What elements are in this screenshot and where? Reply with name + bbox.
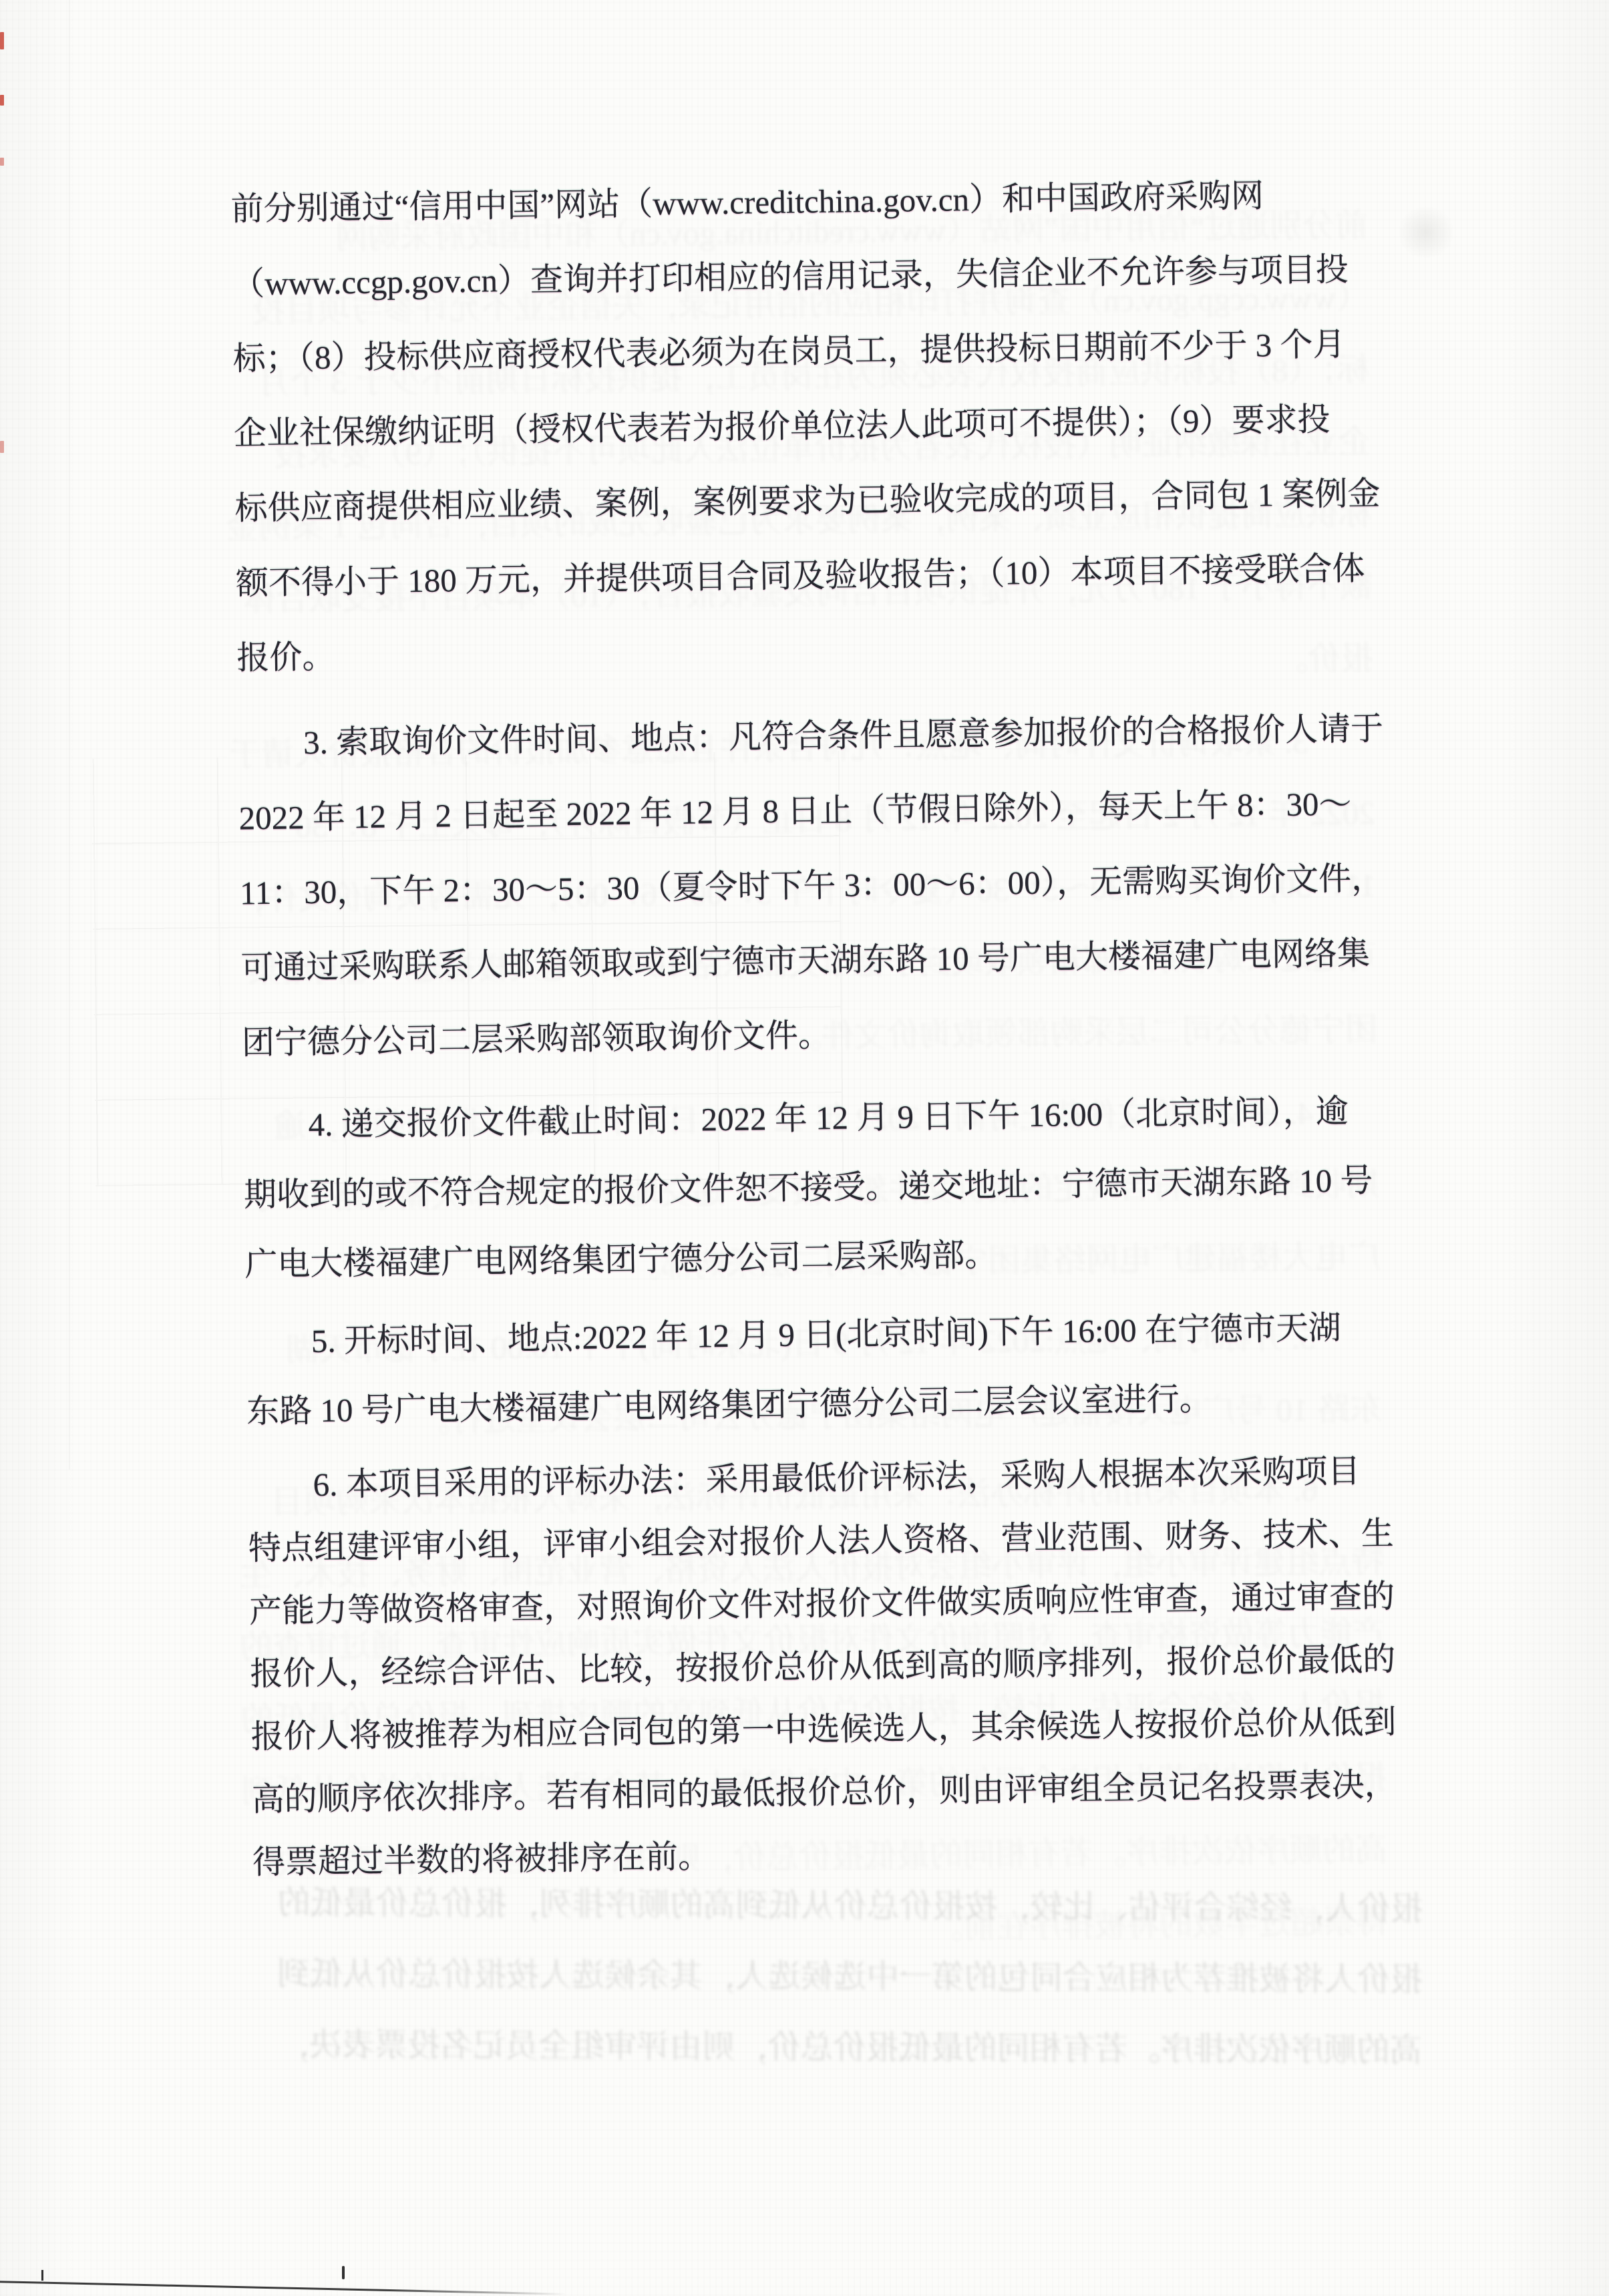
paragraph-section-6-evaluation-method: 6. 本项目采用的评标办法：采用最低价评标法，采购人根据本次采购项目特点组建评审… — [247, 1436, 1423, 1891]
document-line: 广电大楼福建广电网络集团宁德分公司二层采购部。 — [244, 1212, 1415, 1297]
bleed-through-line: 报价人将被推荐为相应合同包的第一中选候选人，其余候选人按报价总价从低到 — [220, 1935, 1423, 2012]
scan-red-edge-artifact — [0, 158, 4, 166]
scan-red-edge-artifact — [0, 95, 4, 106]
document-line: 东路 10 号广电大楼福建广电网络集团宁德分公司二层会议室进行。 — [246, 1359, 1417, 1444]
document-body: 前分别通过“信用中国”网站（www.creditchina.gov.cn）和中国… — [230, 154, 1423, 1892]
scanned-page: 前分别通过“信用中国”网站（www.creditchina.gov.cn）和中国… — [0, 0, 1609, 2296]
document-line: 报价。 — [236, 603, 1407, 693]
screenshot-root: { "page": { "type": "scanned-document-pa… — [0, 0, 1609, 2296]
paragraph-section-4-submission-deadline: 4. 递交报价文件截止时间：2022 年 12 月 9 日下午 16:00（北京… — [242, 1074, 1415, 1297]
scan-smudge — [1397, 206, 1455, 259]
scan-red-edge-artifact — [0, 441, 4, 453]
scan-artifact-tick — [41, 2270, 43, 2281]
bleed-through-bottom-ghost: 报价人，经综合评估、比较，按报价总价从低到高的顺序排列，报价总价最低的报价人将被… — [220, 1864, 1423, 2083]
paragraph-section-3-obtain-inquiry-documents: 3. 索取询价文件时间、地点：凡符合条件且愿意参加报价的合格报价人请于2022 … — [237, 689, 1412, 1078]
document-line: 得票超过半数的将被排序在前。 — [218, 1883, 1389, 1969]
scan-bottom-edge-line — [0, 2281, 566, 2295]
bleed-through-line: 高的顺序依次排序。若有相同的最低报价总价，则由评审组全员记名投票表决， — [220, 2006, 1423, 2083]
scan-artifact-tick — [342, 2266, 345, 2279]
document-line: 团宁德分公司二层采购部领取询价文件。 — [241, 988, 1412, 1078]
paper-fold-line — [69, 0, 70, 1470]
paragraph-continuation-credit-check: 前分别通过“信用中国”网站（www.creditchina.gov.cn）和中国… — [230, 154, 1407, 693]
paragraph-section-5-bid-opening: 5. 开标时间、地点:2022 年 12 月 9 日(北京时间)下午 16:00… — [245, 1289, 1417, 1444]
scan-red-edge-artifact — [0, 32, 4, 49]
